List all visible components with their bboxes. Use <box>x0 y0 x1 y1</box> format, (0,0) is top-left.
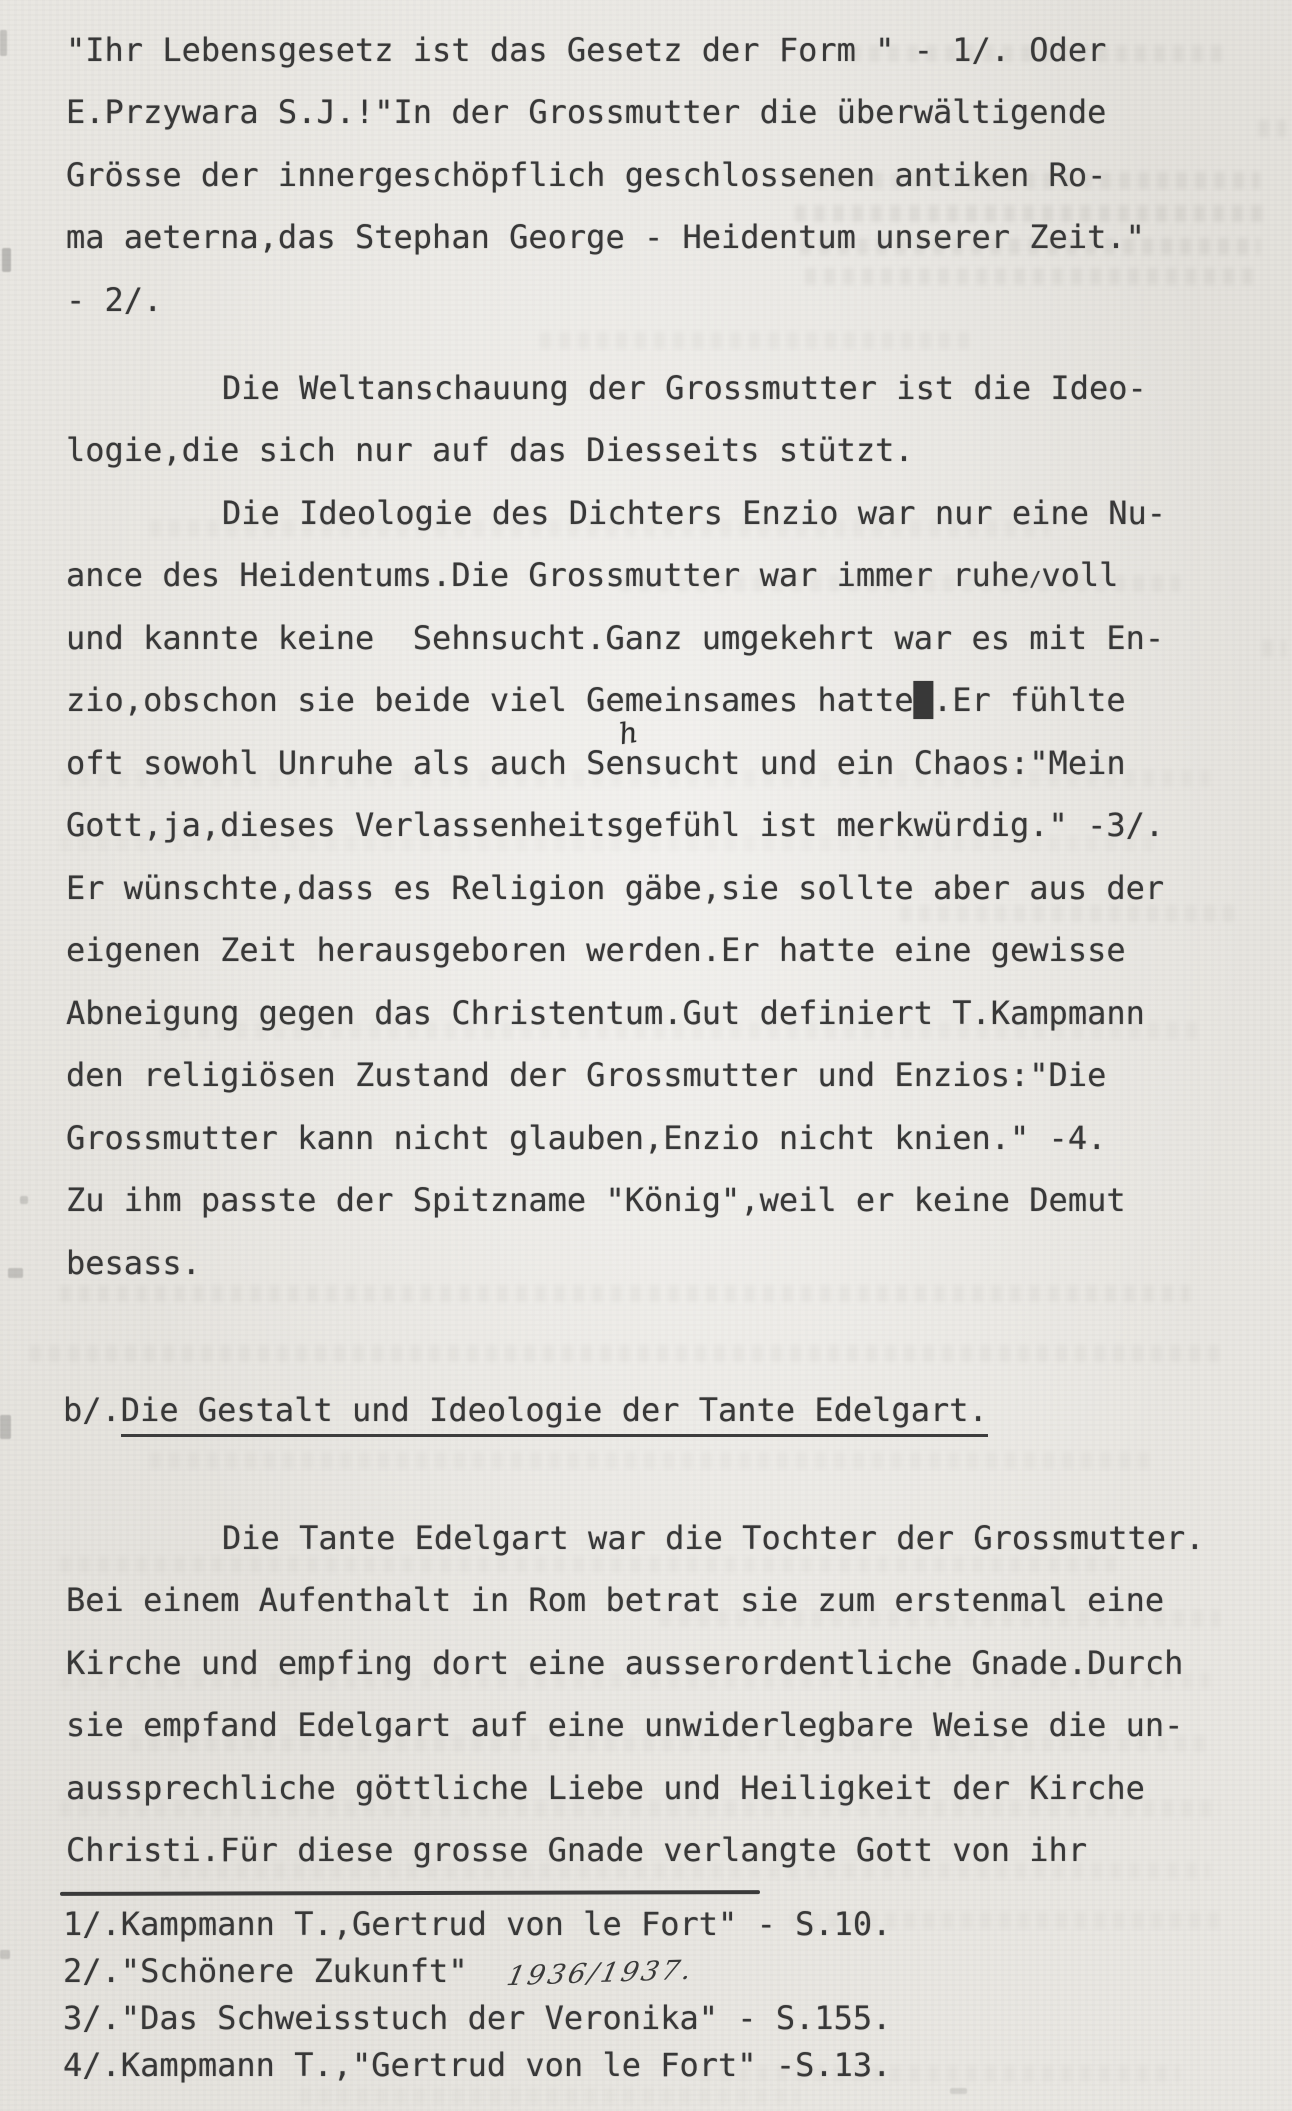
line-text: - 2/. <box>66 281 162 319</box>
text-line: Die Weltanschauung der Grossmutter ist d… <box>222 368 1147 408</box>
line-text: eigenen Zeit herausgeboren werden.Er hat… <box>66 931 1126 969</box>
line-text: den religiösen Zustand der Grossmutter u… <box>66 1056 1106 1094</box>
ghost-text-stripe <box>1262 640 1286 657</box>
line-text: E.Przywara S.J.!"In der Grossmutter die … <box>66 93 1106 131</box>
line-text: Die Tante Edelgart war die Tochter der G… <box>222 1519 1205 1557</box>
ghost-text-stripe <box>160 1862 1210 1879</box>
ghost-text-stripe <box>60 1285 1190 1302</box>
ghost-text-stripe <box>850 45 1230 62</box>
ghost-text-stripe <box>130 1735 1210 1752</box>
ghost-text-stripe <box>300 2088 800 2105</box>
ghost-text-stripe <box>30 1345 1220 1362</box>
text-line: zio,obschon sie beide viel Gemeinsames h… <box>66 680 1126 720</box>
ghost-text-stripe <box>795 205 1265 222</box>
footnote-separator-line <box>60 1890 760 1896</box>
ghost-text-stripe <box>60 1556 1120 1573</box>
ghost-text-stripe <box>60 770 1210 787</box>
text-line: E.Przywara S.J.!"In der Grossmutter die … <box>66 92 1106 132</box>
text-line: Er wünschte,dass es Religion gäbe,sie so… <box>66 868 1164 908</box>
line-text: Er wünschte,dass es Religion gäbe,sie so… <box>66 869 1164 907</box>
ghost-text-stripe <box>60 1800 1220 1817</box>
ghost-text-stripe <box>150 520 1050 537</box>
footnote-line: 1/.Kampmann T.,Gertrud von le Fort" - S.… <box>63 1904 891 1944</box>
scan-artifact-mark <box>0 30 7 56</box>
ghost-text-stripe <box>60 835 1160 852</box>
ghost-text-stripe <box>900 905 1240 922</box>
line-text: und kannte keine Sehnsucht.Ganz umgekehr… <box>66 619 1164 657</box>
footnote-line: 2/."Schönere Zukunft"1936/1937. <box>63 1951 693 1994</box>
ghost-text-stripe <box>60 1672 1210 1689</box>
ghost-text-stripe <box>815 172 1260 189</box>
scanned-page: "Ihr Lebensgesetz ist das Gesetz der For… <box>0 0 1292 2111</box>
handwritten-year-annotation: 1936/1937. <box>503 1951 698 1997</box>
text-line: den religiösen Zustand der Grossmutter u… <box>66 1055 1106 1095</box>
ghost-text-stripe <box>150 1452 1150 1469</box>
scan-artifact-mark <box>2 248 11 272</box>
line-text: zio,obschon sie beide viel Gemeinsames h… <box>66 681 1126 719</box>
text-line: Zu ihm passte der Spitzname "König",weil… <box>66 1180 1126 1220</box>
ghost-text-stripe <box>790 1912 1220 1929</box>
section-heading: b/.Die Gestalt und Ideologie der Tante E… <box>63 1390 988 1430</box>
scan-artifact-mark <box>8 1268 23 1278</box>
scan-artifact-mark <box>0 1950 10 1959</box>
line-text: Zu ihm passte der Spitzname "König",weil… <box>66 1181 1126 1219</box>
ghost-text-stripe <box>1258 120 1286 137</box>
scan-artifact-mark <box>0 1415 11 1439</box>
line-text: 1/.Kampmann T.,Gertrud von le Fort" - S.… <box>63 1905 891 1943</box>
line-text: b/. <box>63 1391 121 1429</box>
text-line: eigenen Zeit herausgeboren werden.Er hat… <box>66 930 1126 970</box>
text-line: besass. <box>66 1243 201 1283</box>
ghost-text-stripe <box>160 1022 1200 1039</box>
line-text: Grossmutter kann nicht glauben,Enzio nic… <box>66 1119 1106 1157</box>
ghost-text-stripe <box>540 332 970 349</box>
text-line: und kannte keine Sehnsucht.Ganz umgekehr… <box>66 618 1164 658</box>
line-text: logie,die sich nur auf das Diesseits stü… <box>66 431 914 469</box>
heading-underlined-text: Die Gestalt und Ideologie der Tante Edel… <box>121 1391 988 1437</box>
ghost-text-stripe <box>620 575 1180 592</box>
ghost-text-stripe <box>805 268 1255 285</box>
ghost-text-stripe <box>660 1610 1220 1627</box>
text-line: Grossmutter kann nicht glauben,Enzio nic… <box>66 1118 1106 1158</box>
ghost-text-stripe <box>700 2065 1180 2082</box>
ghost-text-stripe <box>800 238 1260 255</box>
scan-artifact-mark <box>950 2088 967 2094</box>
line-text: 2/."Schönere Zukunft" <box>63 1952 468 1990</box>
scan-artifact-mark <box>20 1196 28 1204</box>
text-line: - 2/. <box>66 280 162 320</box>
line-text: besass. <box>66 1244 201 1282</box>
text-line: Die Tante Edelgart war die Tochter der G… <box>222 1518 1205 1558</box>
text-line: logie,die sich nur auf das Diesseits stü… <box>66 430 914 470</box>
line-text: Die Weltanschauung der Grossmutter ist d… <box>222 369 1147 407</box>
line-text: 3/."Das Schweisstuch der Veronika" - S.1… <box>63 1999 891 2037</box>
footnote-line: 3/."Das Schweisstuch der Veronika" - S.1… <box>63 1998 891 2038</box>
